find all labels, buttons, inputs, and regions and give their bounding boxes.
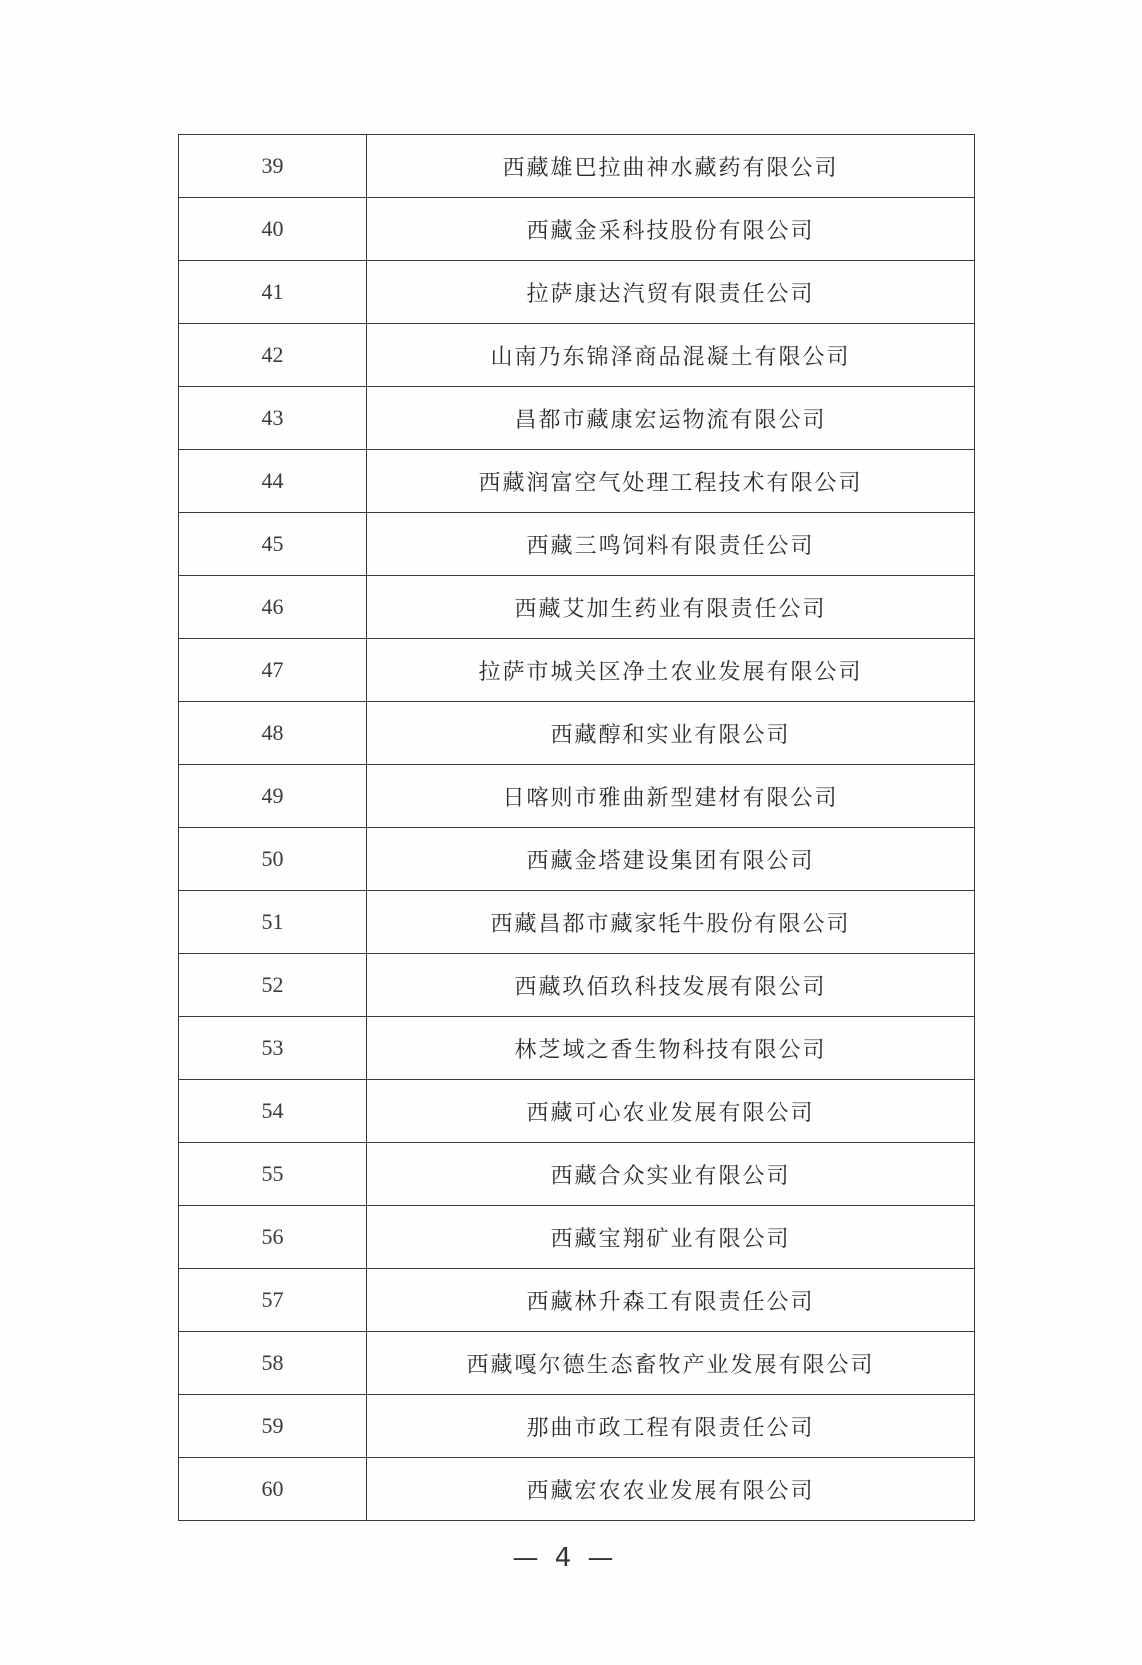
company-list-table: 39西藏雄巴拉曲神水藏药有限公司 40西藏金采科技股份有限公司 41拉萨康达汽贸… [178,134,975,1521]
row-number: 56 [179,1206,367,1269]
company-name: 西藏合众实业有限公司 [367,1143,975,1206]
row-number: 44 [179,450,367,513]
table-row: 43昌都市藏康宏运物流有限公司 [179,387,975,450]
row-number: 52 [179,954,367,1017]
row-number: 45 [179,513,367,576]
table-row: 39西藏雄巴拉曲神水藏药有限公司 [179,135,975,198]
table-row: 55西藏合众实业有限公司 [179,1143,975,1206]
row-number: 49 [179,765,367,828]
company-name: 西藏嘎尔德生态畜牧产业发展有限公司 [367,1332,975,1395]
table-row: 58西藏嘎尔德生态畜牧产业发展有限公司 [179,1332,975,1395]
company-name: 西藏艾加生药业有限责任公司 [367,576,975,639]
company-name: 西藏宏农农业发展有限公司 [367,1458,975,1521]
company-name: 西藏可心农业发展有限公司 [367,1080,975,1143]
table-row: 60西藏宏农农业发展有限公司 [179,1458,975,1521]
row-number: 53 [179,1017,367,1080]
page-number: — 4 — [0,1543,1142,1573]
company-name: 那曲市政工程有限责任公司 [367,1395,975,1458]
company-name: 林芝域之香生物科技有限公司 [367,1017,975,1080]
company-name: 西藏醇和实业有限公司 [367,702,975,765]
table-row: 59那曲市政工程有限责任公司 [179,1395,975,1458]
table-row: 45西藏三鸣饲料有限责任公司 [179,513,975,576]
table-row: 57西藏林升森工有限责任公司 [179,1269,975,1332]
company-name: 西藏金塔建设集团有限公司 [367,828,975,891]
row-number: 59 [179,1395,367,1458]
table-row: 44西藏润富空气处理工程技术有限公司 [179,450,975,513]
row-number: 47 [179,639,367,702]
table-row: 46西藏艾加生药业有限责任公司 [179,576,975,639]
row-number: 55 [179,1143,367,1206]
row-number: 60 [179,1458,367,1521]
company-name: 西藏三鸣饲料有限责任公司 [367,513,975,576]
row-number: 58 [179,1332,367,1395]
company-name: 西藏润富空气处理工程技术有限公司 [367,450,975,513]
company-name: 西藏宝翔矿业有限公司 [367,1206,975,1269]
company-name: 西藏金采科技股份有限公司 [367,198,975,261]
company-name: 昌都市藏康宏运物流有限公司 [367,387,975,450]
row-number: 46 [179,576,367,639]
table-row: 54西藏可心农业发展有限公司 [179,1080,975,1143]
row-number: 48 [179,702,367,765]
row-number: 51 [179,891,367,954]
row-number: 39 [179,135,367,198]
company-name: 西藏雄巴拉曲神水藏药有限公司 [367,135,975,198]
company-name: 山南乃东锦泽商品混凝土有限公司 [367,324,975,387]
table-row: 47拉萨市城关区净土农业发展有限公司 [179,639,975,702]
table-row: 53林芝域之香生物科技有限公司 [179,1017,975,1080]
row-number: 42 [179,324,367,387]
table-row: 42山南乃东锦泽商品混凝土有限公司 [179,324,975,387]
row-number: 41 [179,261,367,324]
row-number: 50 [179,828,367,891]
company-name: 拉萨市城关区净土农业发展有限公司 [367,639,975,702]
table-row: 41拉萨康达汽贸有限责任公司 [179,261,975,324]
company-name: 西藏玖佰玖科技发展有限公司 [367,954,975,1017]
company-name: 西藏林升森工有限责任公司 [367,1269,975,1332]
table-row: 40西藏金采科技股份有限公司 [179,198,975,261]
row-number: 57 [179,1269,367,1332]
table-row: 48西藏醇和实业有限公司 [179,702,975,765]
row-number: 43 [179,387,367,450]
company-name: 日喀则市雅曲新型建材有限公司 [367,765,975,828]
row-number: 40 [179,198,367,261]
company-name: 拉萨康达汽贸有限责任公司 [367,261,975,324]
table-row: 51西藏昌都市藏家牦牛股份有限公司 [179,891,975,954]
row-number: 54 [179,1080,367,1143]
company-name: 西藏昌都市藏家牦牛股份有限公司 [367,891,975,954]
table-row: 50西藏金塔建设集团有限公司 [179,828,975,891]
table-row: 56西藏宝翔矿业有限公司 [179,1206,975,1269]
table-row: 49日喀则市雅曲新型建材有限公司 [179,765,975,828]
document-page: 39西藏雄巴拉曲神水藏药有限公司 40西藏金采科技股份有限公司 41拉萨康达汽贸… [0,0,1142,1665]
table-row: 52西藏玖佰玖科技发展有限公司 [179,954,975,1017]
